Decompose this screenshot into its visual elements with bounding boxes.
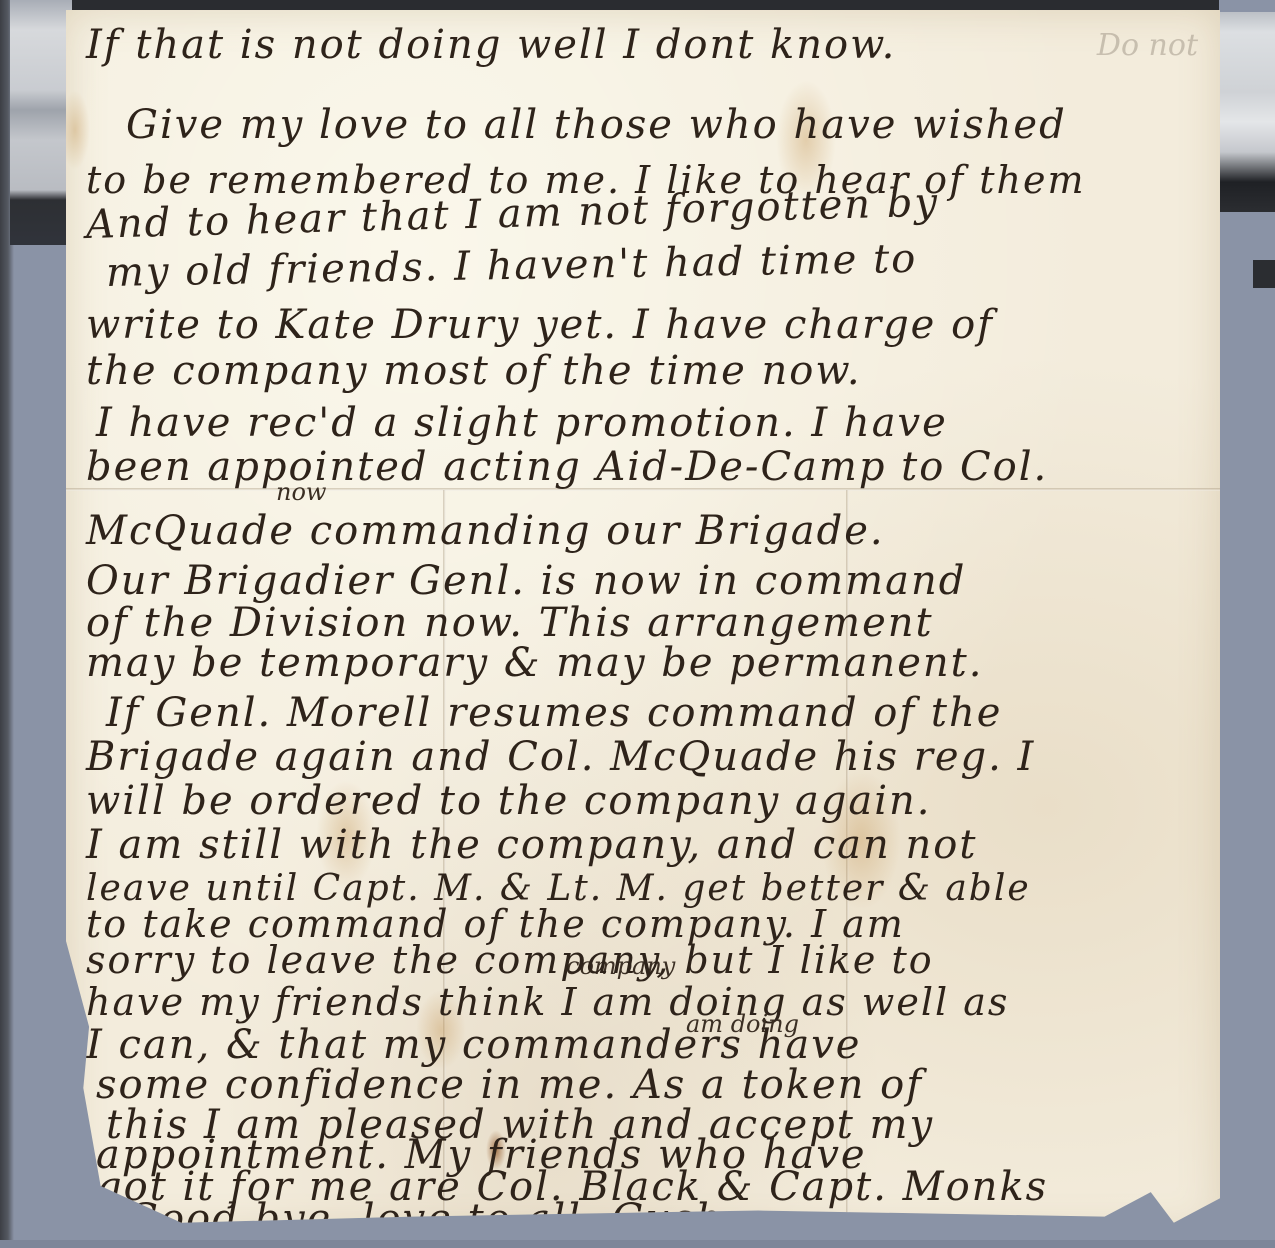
letter-line-1: If that is not doing well I dont know. xyxy=(86,22,896,68)
letter-line-14: If Genl. Morell resumes command of the xyxy=(106,690,1002,736)
letter-line-2: Give my love to all those who have wishe… xyxy=(126,102,1067,148)
letter-line-9: been appointed acting Aid-De-Camp to Col… xyxy=(86,444,1048,490)
scanner-slot xyxy=(1253,260,1275,288)
bleed-through-text: Do not xyxy=(1097,28,1198,63)
letter-line-20: sorry to leave the company, but I like t… xyxy=(86,938,934,982)
letter-line-16: will be ordered to the company again. xyxy=(86,778,932,824)
scanner-hardware-right xyxy=(1219,12,1275,212)
letter-line-10: McQuade commanding our Brigade. xyxy=(86,508,885,554)
letter-line-8: I have rec'd a slight promotion. I have xyxy=(96,400,948,446)
letter-line-15: Brigade again and Col. McQuade his reg. … xyxy=(86,734,1035,780)
letter-line-27-closing: Good bye, love to all. Gush xyxy=(126,1196,723,1242)
letter-page: Do not If that is not doing well I dont … xyxy=(66,10,1220,1235)
insert-now: now xyxy=(276,478,326,506)
letter-line-13: may be temporary & may be permanent. xyxy=(86,640,983,686)
letter-line-5: my old friends. I haven't had time to xyxy=(106,236,918,296)
scanner-bottom-edge xyxy=(0,1240,1275,1248)
scanner-hardware-left xyxy=(10,0,72,245)
letter-line-11: Our Brigadier Genl. is now in command xyxy=(86,558,966,604)
letter-line-17: I am still with the company, and can not xyxy=(86,822,977,868)
letter-line-21: have my friends think I am doing as well… xyxy=(86,980,1009,1024)
scanner-top-edge xyxy=(0,0,1275,10)
letter-line-6: write to Kate Drury yet. I have charge o… xyxy=(86,302,994,348)
letter-line-7: the company most of the time now. xyxy=(86,348,862,394)
